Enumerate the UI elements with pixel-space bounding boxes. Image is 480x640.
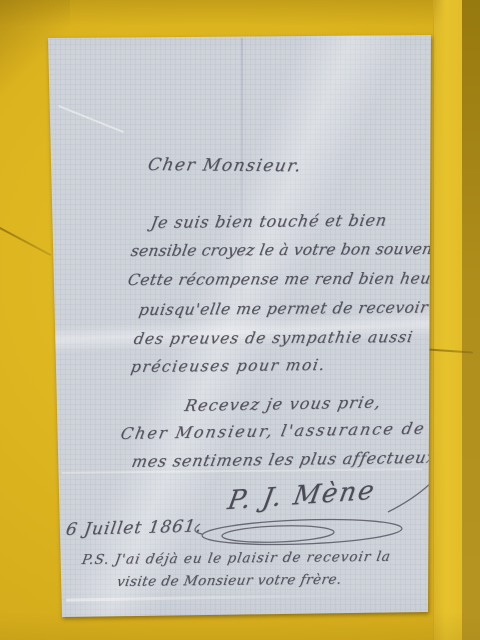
letter-greeting: Cher Monsieur.	[146, 155, 304, 176]
letter-body-line: Je suis bien touché et bien	[149, 211, 388, 233]
photo-background: Cher Monsieur. Je suis bien touché et bi…	[0, 0, 480, 640]
letter-body-line: sensible croyez le à votre bon souvenir	[129, 240, 446, 260]
letter-paper-wrapper: Cher Monsieur. Je suis bien touché et bi…	[0, 0, 480, 640]
letter-closing-line: Cher Monsieur, l'assurance de	[119, 419, 427, 443]
letter-body-line: des preuves de sympathie aussi	[132, 328, 414, 348]
letter-closing-line: Recevez je vous prie,	[183, 393, 383, 415]
paper-bottom-crease	[66, 593, 366, 601]
postscript-line: P.S. J'ai déjà eu le plaisir de recevoir…	[81, 549, 393, 568]
signature: P. J. Mène	[225, 475, 378, 516]
letter-body-line: Cette récompense me rend bien heureux	[126, 269, 469, 289]
letter-date: 6 Juillet 1861.	[64, 516, 203, 540]
letter-body-line: puisqu'elle me permet de recevoir	[137, 298, 429, 319]
letter-paper: Cher Monsieur. Je suis bien touché et bi…	[0, 0, 480, 640]
paper-top-crease	[58, 105, 124, 133]
postscript-line: visite de Monsieur votre frère.	[116, 572, 343, 590]
letter-closing-line: mes sentimens les plus affectueux	[130, 448, 438, 471]
letter-body-line: précieuses pour moi.	[130, 356, 328, 376]
